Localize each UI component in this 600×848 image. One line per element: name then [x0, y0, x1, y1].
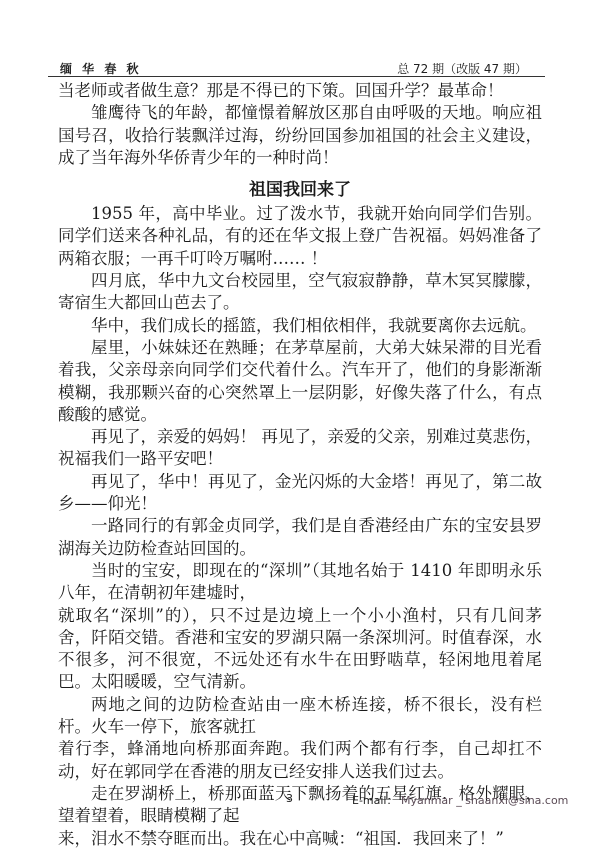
- email-address[interactable]: Myanmar _ shaanxi@sina.com: [401, 794, 568, 807]
- issue-number: 总 72 期（改版 47 期）: [397, 60, 527, 77]
- paragraph: 当时的宝安，即现在的“深圳”（其地名始于 1410 年即明永乐八年，在清朝初年建…: [58, 560, 542, 605]
- paragraph: 两地之间的边防检查站由一座木桥连接，桥不很长，没有栏杆。火车一停下，旅客就扛: [58, 694, 542, 739]
- section-title: 祖国我回来了: [58, 179, 542, 201]
- page-footer: 3 E-mail： Myanmar _ shaanxi@sina.com: [0, 792, 600, 808]
- article-body: 当老师或者做生意？那是不得已的下策。回国升学？最革命！ 雏鹰待飞的年龄，都憧憬着…: [58, 80, 542, 848]
- publication-title: 缅 华 春 秋: [60, 60, 142, 77]
- email-label: E-mail：: [352, 794, 398, 807]
- paragraph: 屋里，小妹妹还在熟睡；在茅草屋前，大弟大妹呆滞的目光看着我，父亲母亲向同学们交代…: [58, 337, 542, 426]
- paragraph: 来，泪水不禁夺眶而出。我在心中高喊：“祖国．我回来了！”: [58, 828, 542, 848]
- paragraph: 1955 年，高中毕业。过了泼水节，我就开始向同学们告别。同学们送来各种礼品，有…: [58, 203, 542, 270]
- page-header: 缅 华 春 秋 总 72 期（改版 47 期）: [48, 58, 545, 77]
- page-number: 3: [286, 792, 293, 805]
- paragraph: 一路同行的有郭金贞同学，我们是自香港经由广东的宝安县罗湖海关边防检查站回国的。: [58, 515, 542, 560]
- paragraph: 再见了，亲爱的妈妈！ 再见了，亲爱的父亲，别难过莫悲伤，祝福我们一路平安吧！: [58, 426, 542, 471]
- paragraph: 雏鹰待飞的年龄，都憧憬着解放区那自由呼吸的天地。响应祖国号召，收拾行装飘洋过海，…: [58, 102, 542, 169]
- paragraph: 华中，我们成长的摇篮，我们相依相伴，我就要离你去远航。: [58, 315, 542, 337]
- email-contact: E-mail： Myanmar _ shaanxi@sina.com: [352, 792, 568, 808]
- paragraph: 当老师或者做生意？那是不得已的下策。回国升学？最革命！: [58, 80, 542, 102]
- paragraph: 四月底，华中九文台校园里，空气寂寂静静，草木冥冥朦朦，寄宿生大都回山芭去了。: [58, 270, 542, 315]
- paragraph: 着行李，蜂涌地向桥那面奔跑。我们两个都有行李，自己却扛不动，好在郭同学在香港的朋…: [58, 738, 542, 783]
- paragraph: 再见了，华中！再见了，金光闪烁的大金塔！再见了，第二故乡——仰光！: [58, 471, 542, 516]
- paragraph: 就取名“深圳”的），只不过是边境上一个小小渔村，只有几间茅舍，阡陌交错。香港和宝…: [58, 605, 542, 694]
